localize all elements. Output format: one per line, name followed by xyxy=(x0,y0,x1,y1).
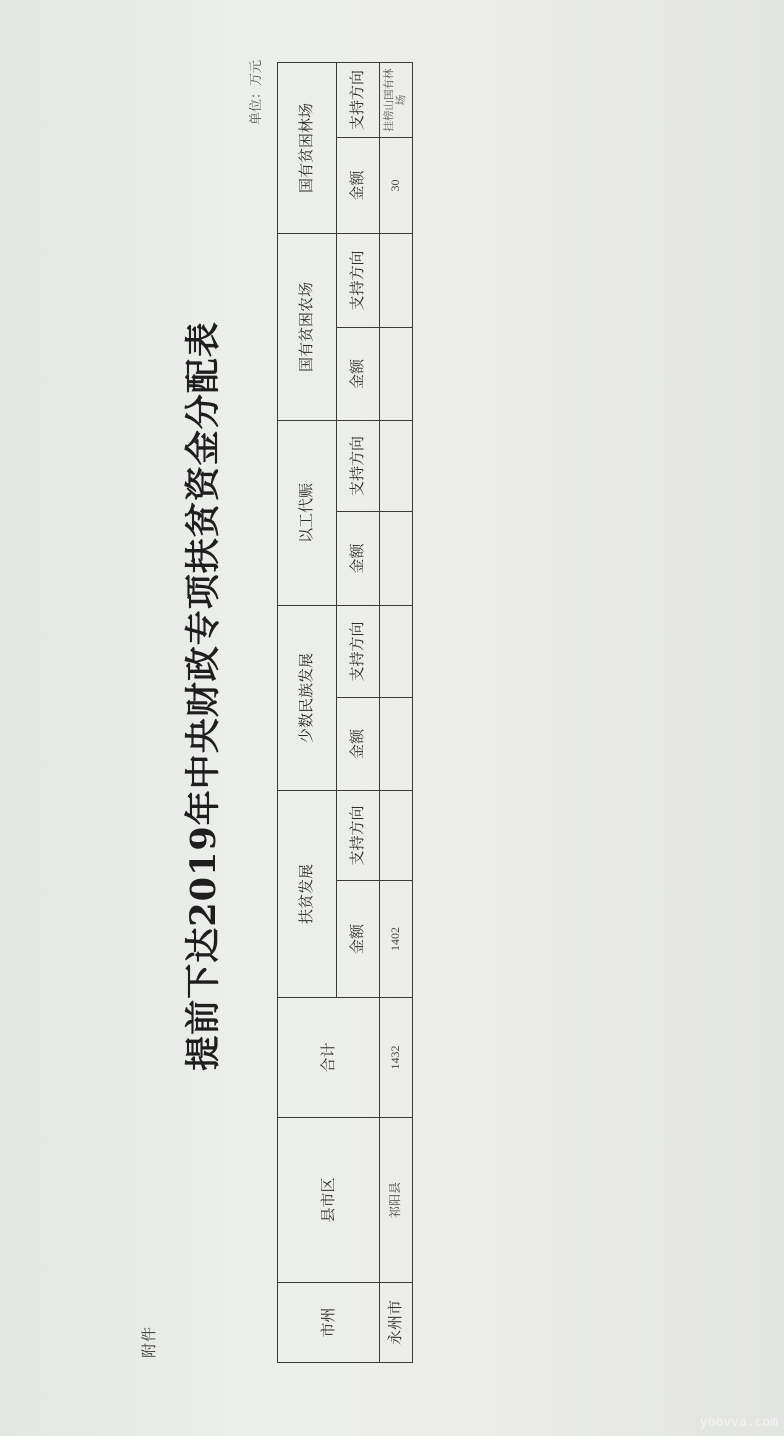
cell-amount xyxy=(379,511,413,606)
header-group-state-forest: 国有贫困林场 xyxy=(277,62,337,234)
subheader-direction: 支持方向 xyxy=(336,605,380,698)
header-group-ethnic-minority: 少数民族发展 xyxy=(277,605,337,791)
cell-amount xyxy=(379,697,413,791)
cell-county: 祁阳县 xyxy=(379,1117,413,1283)
attachment-label: 附件 xyxy=(138,1326,159,1358)
header-total: 合计 xyxy=(277,997,380,1118)
watermark: yoovva.com xyxy=(700,1415,778,1430)
cell-amount xyxy=(379,327,413,421)
cell-amount: 30 xyxy=(379,137,413,234)
cell-direction xyxy=(379,605,413,698)
cell-direction: 挂榜山国有林场 xyxy=(379,62,413,138)
subheader-amount: 金额 xyxy=(336,511,380,606)
document-page: 附件 提前下达2019年中央财政专项扶贫资金分配表 单位：万元 市州 县市区 合… xyxy=(0,0,784,1436)
subheader-direction: 支持方向 xyxy=(336,233,380,328)
subheader-direction: 支持方向 xyxy=(336,420,380,512)
page-title: 提前下达2019年中央财政专项扶贫资金分配表 xyxy=(176,286,226,1106)
cell-direction xyxy=(379,233,413,328)
unit-label: 单位：万元 xyxy=(245,60,264,156)
header-city: 市州 xyxy=(277,1282,380,1363)
header-county: 县市区 xyxy=(277,1117,380,1283)
header-group-state-farm: 国有贫困农场 xyxy=(277,233,337,421)
subheader-amount: 金额 xyxy=(336,327,380,421)
header-group-poverty-development: 扶贫发展 xyxy=(277,790,337,998)
subheader-amount: 金额 xyxy=(336,697,380,791)
cell-city: 永州市 xyxy=(379,1282,413,1363)
allocation-table: 市州 县市区 合计 扶贫发展 少数民族发展 以工代赈 国有贫困农场 国有贫困林场… xyxy=(278,62,413,1362)
cell-amount: 1402 xyxy=(379,880,413,998)
subheader-direction: 支持方向 xyxy=(336,790,380,881)
cell-direction xyxy=(379,420,413,512)
cell-total: 1432 xyxy=(379,997,413,1118)
subheader-amount: 金额 xyxy=(336,137,380,234)
cell-direction xyxy=(379,790,413,881)
header-group-work-relief: 以工代赈 xyxy=(277,420,337,606)
subheader-direction: 支持方向 xyxy=(336,62,380,138)
subheader-amount: 金额 xyxy=(336,880,380,998)
